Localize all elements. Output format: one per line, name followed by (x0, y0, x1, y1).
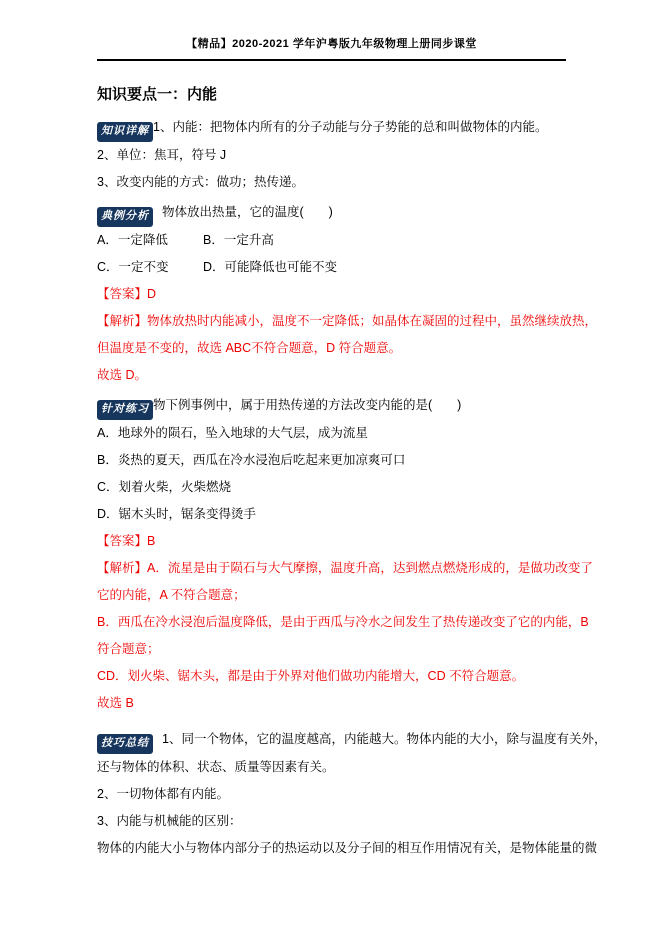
practice-option-c: C．划着火柴，火柴燃烧 (97, 474, 566, 501)
example-analysis-line-1: 【解析】物体放热时内能减小，温度不一定降低；如晶体在凝固的过程中，虽然继续放热， (97, 308, 566, 335)
example-badge: 典例分析 (97, 207, 153, 227)
summary-point-2: 2、一切物体都有内能。 (97, 781, 566, 808)
practice-analysis-a-line-1: 【解析】A．流星是由于陨石与大气摩擦，温度升高，达到燃点燃烧形成的，是做功改变了 (97, 555, 566, 582)
example-analysis-line-2: 但温度是不变的，故选 ABC不符合题意，D 符合题意。 (97, 335, 566, 362)
practice-conclusion: 故选 B (97, 690, 566, 717)
document-header-title: 【精品】2020-2021 学年沪粤版九年级物理上册同步课堂 (97, 0, 566, 52)
summary-point-3: 3、内能与机械能的区别： (97, 808, 566, 835)
example-option-c: C．一定不变 (97, 254, 203, 281)
practice-option-a: A．地球外的陨石，坠入地球的大气层，成为流星 (97, 420, 566, 447)
example-answer: 【答案】D (97, 281, 566, 308)
practice-analysis-cd: CD．划火柴、锯木头，都是由于外界对他们做功内能增大，CD 不符合题意。 (97, 663, 566, 690)
knowledge-point-1: 1、内能：把物体内所有的分子动能与分子势能的总和叫做物体的内能。 (153, 120, 547, 134)
example-option-b: B．一定升高 (203, 233, 274, 247)
example-option-a: A．一定降低 (97, 227, 203, 254)
example-question: 物体放出热量，它的温度( ) (162, 205, 333, 219)
knowledge-line-2: 2、单位：焦耳，符号 J (97, 142, 566, 169)
document-content: 【精品】2020-2021 学年沪粤版九年级物理上册同步课堂 知识要点一：内能 … (0, 0, 661, 862)
summary-badge: 技巧总结 (97, 734, 153, 754)
example-conclusion: 故选 D。 (97, 362, 566, 389)
practice-badge: 针对练习 (97, 400, 153, 420)
practice-option-d: D．锯木头时，锯条变得烫手 (97, 501, 566, 528)
practice-option-b: B．炎热的夏天，西瓜在冷水浸泡后吃起来更加凉爽可口 (97, 447, 566, 474)
example-options-row-1: A．一定降低B．一定升高 (97, 227, 566, 254)
knowledge-line-3: 3、改变内能的方式：做功；热传递。 (97, 169, 566, 196)
practice-analysis-b-line-2: 符合题意； (97, 636, 566, 663)
summary-point-4: 物体的内能大小与物体内部分子的热运动以及分子间的相互作用情况有关，是物体能量的微 (97, 835, 566, 862)
knowledge-point-3: 3、改变内能的方式：做功；热传递。 (97, 175, 304, 189)
example-option-d: D．可能降低也可能不变 (203, 260, 337, 274)
example-options-row-2: C．一定不变D．可能降低也可能不变 (97, 254, 566, 281)
practice-question-line: 针对练习物下例事例中，属于用热传递的方法改变内能的是( ) (97, 392, 566, 420)
summary-point-1-line-2: 还与物体的体积、状态、质量等因素有关。 (97, 754, 566, 781)
example-question-line: 典例分析物体放出热量，它的温度( ) (97, 199, 566, 227)
practice-analysis-a-line-2: 它的内能，A 不符合题意； (97, 582, 566, 609)
practice-analysis-b-line-1: B．西瓜在冷水浸泡后温度降低，是由于西瓜与冷水之间发生了热传递改变了它的内能，B (97, 609, 566, 636)
document-page: 【精品】2020-2021 学年沪粤版九年级物理上册同步课堂 知识要点一：内能 … (0, 0, 661, 935)
knowledge-badge: 知识详解 (97, 122, 153, 142)
header-divider (97, 59, 566, 61)
practice-answer: 【答案】B (97, 528, 566, 555)
summary-point-1-line-1: 技巧总结1、同一个物体，它的温度越高，内能越大。物体内能的大小，除与温度有关外， (97, 726, 566, 754)
practice-question: 物下例事例中，属于用热传递的方法改变内能的是( ) (153, 398, 461, 412)
knowledge-line-1: 知识详解1、内能：把物体内所有的分子动能与分子势能的总和叫做物体的内能。 (97, 114, 566, 142)
knowledge-point-2: 2、单位：焦耳，符号 J (97, 148, 226, 162)
section-heading: 知识要点一：内能 (97, 85, 566, 105)
